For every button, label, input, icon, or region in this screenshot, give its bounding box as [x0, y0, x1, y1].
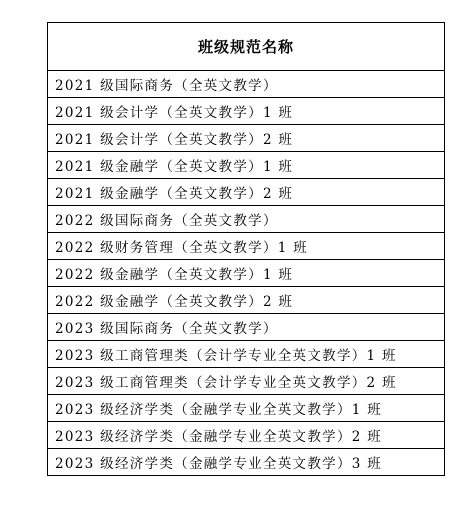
- table-row: 2021 级会计学（全英文教学）2 班: [48, 125, 445, 152]
- table-row: 2021 级金融学（全英文教学）2 班: [48, 179, 445, 206]
- table-cell: 2023 级工商管理类（会计学专业全英文教学）2 班: [48, 368, 445, 395]
- table-cell: 2023 级经济学类（金融学专业全英文教学）2 班: [48, 422, 445, 449]
- table-row: 2023 级国际商务（全英文教学）: [48, 314, 445, 341]
- table-row: 2021 级会计学（全英文教学）1 班: [48, 98, 445, 125]
- table-cell: 2022 级国际商务（全英文教学）: [48, 206, 445, 233]
- table-cell: 2021 级会计学（全英文教学）2 班: [48, 125, 445, 152]
- table-row: 2021 级金融学（全英文教学）1 班: [48, 152, 445, 179]
- table-cell: 2023 级经济学类（金融学专业全英文教学）3 班: [48, 449, 445, 476]
- table-cell: 2021 级会计学（全英文教学）1 班: [48, 98, 445, 125]
- table-cell: 2021 级金融学（全英文教学）1 班: [48, 152, 445, 179]
- table-row: 2022 级国际商务（全英文教学）: [48, 206, 445, 233]
- table-cell: 2021 级国际商务（全英文教学）: [48, 71, 445, 98]
- table-row: 2022 级金融学（全英文教学）2 班: [48, 287, 445, 314]
- table-cell: 2023 级国际商务（全英文教学）: [48, 314, 445, 341]
- column-header-class-standard-name: 班级规范名称: [48, 23, 445, 71]
- table-cell: 2022 级财务管理（全英文教学）1 班: [48, 233, 445, 260]
- table-row: 2023 级工商管理类（会计学专业全英文教学）2 班: [48, 368, 445, 395]
- table-cell: 2022 级金融学（全英文教学）2 班: [48, 287, 445, 314]
- table-row: 2023 级工商管理类（会计学专业全英文教学）1 班: [48, 341, 445, 368]
- table-row: 2022 级金融学（全英文教学）1 班: [48, 260, 445, 287]
- table-cell: 2021 级金融学（全英文教学）2 班: [48, 179, 445, 206]
- table-row: 2023 级经济学类（金融学专业全英文教学）2 班: [48, 422, 445, 449]
- table-cell: 2023 级经济学类（金融学专业全英文教学）1 班: [48, 395, 445, 422]
- class-name-table: 班级规范名称 2021 级国际商务（全英文教学） 2021 级会计学（全英文教学…: [47, 22, 445, 476]
- table-row: 2022 级财务管理（全英文教学）1 班: [48, 233, 445, 260]
- table-cell: 2023 级工商管理类（会计学专业全英文教学）1 班: [48, 341, 445, 368]
- header-row: 班级规范名称: [48, 23, 445, 71]
- table-row: 2023 级经济学类（金融学专业全英文教学）3 班: [48, 449, 445, 476]
- table-cell: 2022 级金融学（全英文教学）1 班: [48, 260, 445, 287]
- table-row: 2021 级国际商务（全英文教学）: [48, 71, 445, 98]
- table-row: 2023 级经济学类（金融学专业全英文教学）1 班: [48, 395, 445, 422]
